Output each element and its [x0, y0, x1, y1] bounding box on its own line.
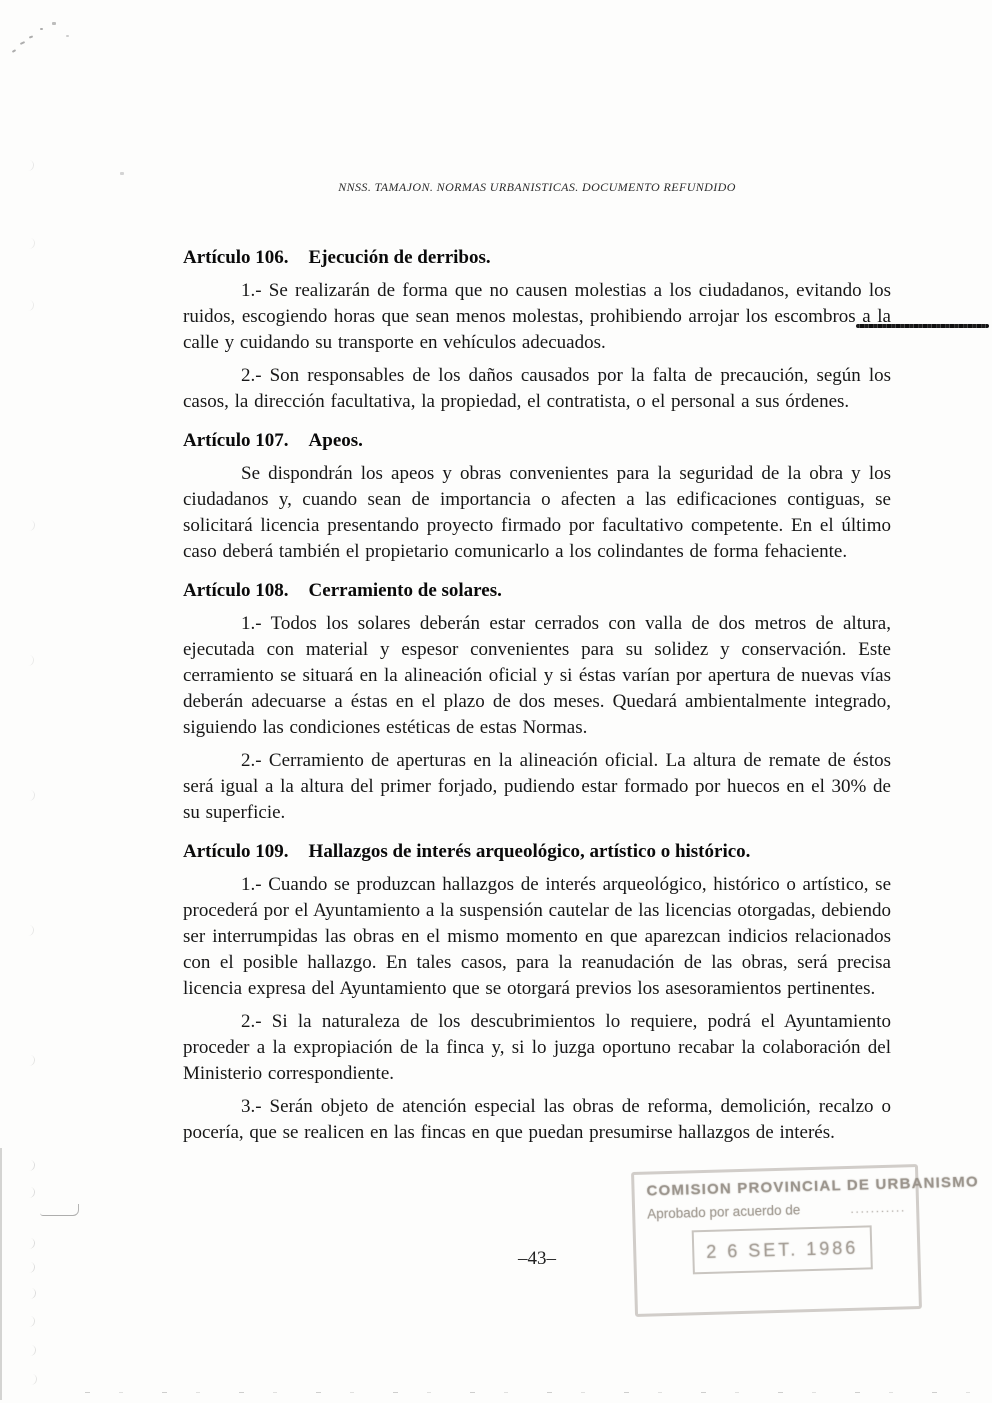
scan-curl-mark: [25, 924, 35, 936]
scan-curl-mark: [28, 1373, 38, 1385]
document-body: Artículo 106.Ejecución de derribos. 1.- …: [183, 232, 891, 1153]
article-108: Artículo 108.Cerramiento de solares. 1.-…: [183, 578, 891, 826]
scan-speck: [120, 172, 124, 175]
scan-speck: [40, 28, 43, 30]
article-title: Apeos.: [309, 430, 363, 451]
article-number: Artículo 109.: [183, 841, 289, 862]
scan-curl-mark: [26, 1054, 36, 1066]
scan-edge-line: [0, 1148, 2, 1400]
page-number: –43–: [183, 1248, 891, 1270]
article-number: Artículo 107.: [183, 430, 289, 451]
scan-curl-mark: [26, 519, 36, 531]
paragraph: 2.- Son responsables de los daños causad…: [183, 363, 891, 415]
paragraph: 1.- Se realizarán de forma que no causen…: [183, 278, 891, 356]
article-106: Artículo 106.Ejecución de derribos. 1.- …: [183, 245, 891, 415]
article-title: Cerramiento de solares.: [309, 580, 502, 601]
scan-curl-mark: [26, 1186, 36, 1198]
article-number: Artículo 108.: [183, 580, 289, 601]
scan-speck: [29, 35, 33, 38]
scan-speck: [66, 35, 69, 37]
article-title: Ejecución de derribos.: [309, 247, 491, 268]
paragraph: 1.- Todos los solares deberán estar cerr…: [183, 611, 891, 741]
scan-curl-mark: [26, 237, 36, 249]
approval-stamp: COMISION PROVINCIAL DE URBANISMO Aprobad…: [631, 1164, 922, 1317]
article-heading: Artículo 109.Hallazgos de interés arqueo…: [183, 839, 891, 865]
scan-curl-mark: [26, 1159, 36, 1171]
scan-curl-mark: [26, 1315, 36, 1327]
paragraph: 2.- Cerramiento de aperturas en la aline…: [183, 748, 891, 826]
scan-curl-mark: [26, 1261, 36, 1273]
stamp-approval-line: Aprobado por acuerdo de ...........: [647, 1199, 906, 1221]
running-header: NNSS. TAMAJON. NORMAS URBANISTICAS. DOCU…: [183, 180, 891, 195]
margin-scribble-mark: [856, 324, 989, 328]
article-heading: Artículo 106.Ejecución de derribos.: [183, 245, 891, 271]
scan-curl-mark: [27, 1344, 37, 1356]
scan-speck: [12, 49, 16, 53]
stamp-approval-text: Aprobado por acuerdo de: [647, 1202, 800, 1221]
scan-bottom-dashes: [85, 1392, 985, 1393]
paragraph: 2.- Si la naturaleza de los descubrimien…: [183, 1009, 891, 1087]
scan-curl-mark: [25, 654, 35, 666]
scan-bracket-mark: [40, 1204, 79, 1216]
scan-speck: [52, 22, 56, 25]
article-107: Artículo 107.Apeos. Se dispondrán los ap…: [183, 428, 891, 565]
paragraph: 3.- Serán objeto de atención especial la…: [183, 1094, 891, 1146]
scan-curl-mark: [27, 1287, 37, 1299]
article-title: Hallazgos de interés arqueológico, artís…: [309, 841, 751, 862]
scan-curl-mark: [26, 1237, 36, 1249]
paragraph: 1.- Cuando se produzcan hallazgos de int…: [183, 872, 891, 1002]
scan-curl-mark: [26, 789, 36, 801]
article-109: Artículo 109.Hallazgos de interés arqueo…: [183, 839, 891, 1146]
stamp-title: COMISION PROVINCIAL DE URBANISMO: [646, 1175, 905, 1199]
paragraph: Se dispondrán los apeos y obras convenie…: [183, 461, 891, 565]
article-heading: Artículo 107.Apeos.: [183, 428, 891, 454]
document-page: NNSS. TAMAJON. NORMAS URBANISTICAS. DOCU…: [0, 0, 992, 1403]
scan-speck: [20, 41, 25, 45]
scan-curl-mark: [25, 159, 35, 171]
scan-curl-mark: [25, 299, 35, 311]
article-number: Artículo 106.: [183, 247, 289, 268]
article-heading: Artículo 108.Cerramiento de solares.: [183, 578, 891, 604]
stamp-dotted-line: ...........: [850, 1202, 906, 1216]
